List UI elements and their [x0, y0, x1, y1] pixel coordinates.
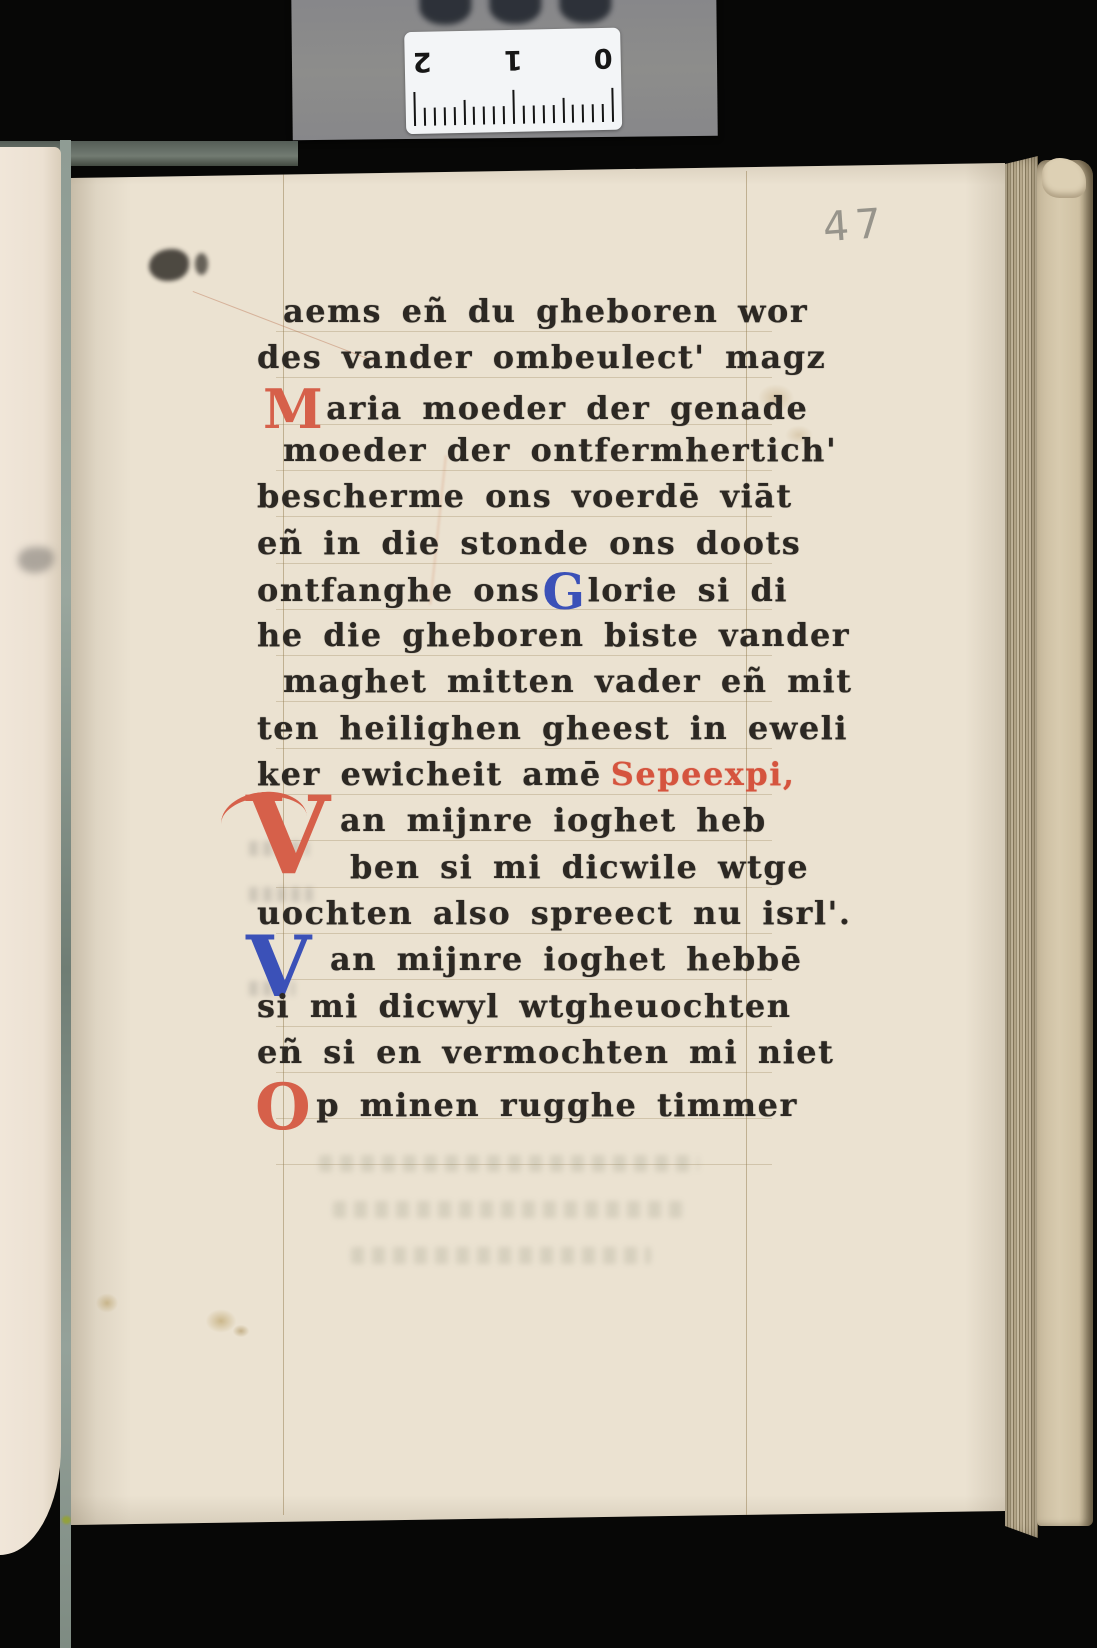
- manuscript-line: he die gheboren biste vander: [257, 613, 850, 659]
- ruler-tick: [582, 104, 584, 122]
- ruler-tick: [503, 106, 505, 124]
- ruler-tick: [483, 107, 485, 125]
- manuscript-line: ben si mi dicwile wtge: [350, 845, 809, 891]
- ruler-tick: [493, 106, 495, 124]
- manuscript-text: uochten also spreect nu isrl'.: [257, 894, 851, 932]
- manuscript-text: bescherme ons voerdē viāt: [257, 477, 793, 515]
- manuscript-text: he die gheboren biste vander: [257, 616, 850, 654]
- ruler-label-2: 2: [412, 46, 431, 77]
- illuminated-initial-o: O: [255, 1070, 312, 1145]
- manuscript-line: Van mijnre ioghet heb: [340, 798, 767, 844]
- parchment-cover-edge: [1037, 160, 1093, 1526]
- ruler-tick: [542, 105, 544, 123]
- manuscript-text: ontfanghe ons: [257, 571, 540, 609]
- ruler-tick: [443, 107, 445, 125]
- manuscript-line: ontfanghe onsGlorie si di: [257, 567, 788, 613]
- manuscript-line: Maria moeder der genade: [283, 382, 808, 428]
- manuscript-page: 47 aems eñ du gheboren wordes vander omb…: [71, 163, 1005, 1525]
- manuscript-line: des vander ombeulect' magz: [257, 335, 826, 381]
- manuscript-text: si mi dicwyl wtgheuochten: [257, 987, 792, 1025]
- manuscript-text: p minen rugghe timmer: [316, 1086, 798, 1124]
- ruler-tick: [592, 104, 594, 122]
- manuscript-text: eñ si en vermochten mi niet: [257, 1033, 834, 1071]
- manuscript-line: eñ in die stonde ons doots: [257, 521, 801, 567]
- ruler-tick: [572, 105, 574, 123]
- manuscript-line: aems eñ du gheboren wor: [283, 289, 808, 335]
- manuscript-text: an mijnre ioghet hebbē: [330, 940, 803, 978]
- ink-smudge: [149, 249, 189, 281]
- manuscript-text: moeder der ontfermhertich': [283, 431, 837, 469]
- manuscript-text: des vander ombeulect' magz: [257, 338, 826, 376]
- ruler-tick: [473, 107, 475, 125]
- manuscript-text: aems eñ du gheboren wor: [283, 292, 808, 330]
- manuscript-text: lorie si di: [588, 571, 788, 609]
- facing-page-edge: [0, 147, 61, 1555]
- color-calibration-card: 2 1 0: [291, 0, 718, 140]
- ruler-tick: [552, 105, 554, 123]
- debris-speck: [62, 1516, 71, 1524]
- ruler-tick: [602, 104, 604, 122]
- manuscript-line: si mi dicwyl wtgheuochten: [257, 984, 792, 1030]
- manuscript-line: Van mijnre ioghet hebbē: [330, 937, 803, 983]
- manuscript-text: ten heilighen gheest in eweli: [257, 709, 848, 747]
- ruler-ticks: [405, 84, 622, 127]
- rubric-text: Sepeexpi,: [611, 755, 796, 793]
- illuminated-initial-v: V: [246, 782, 331, 890]
- manuscript-line: ten heilighen gheest in eweli: [257, 706, 848, 752]
- manuscript-line: Op minen rugghe timmer: [257, 1076, 798, 1122]
- glass-edge-left: [60, 140, 71, 1648]
- manuscript-line: bescherme ons voerdē viāt: [257, 474, 793, 520]
- facing-page-smudge: [18, 547, 54, 573]
- ruler-tick: [453, 107, 455, 125]
- ruler-tick: [424, 108, 426, 126]
- ruler-tick: [532, 105, 534, 123]
- manuscript-line: maghet mitten vader eñ mit: [283, 659, 852, 705]
- folio-number: 47: [821, 199, 888, 251]
- manuscript-photo: 2 1 0 47 aems eñ du gheboren wordes vand…: [0, 0, 1097, 1648]
- ruler-label-0: 0: [594, 42, 613, 73]
- manuscript-text: eñ in die stonde ons doots: [257, 524, 801, 562]
- card-marking: [559, 0, 611, 23]
- ruler-tick: [512, 90, 515, 124]
- ruler-tick: [562, 98, 565, 123]
- manuscript-text: aria moeder der genade: [326, 389, 808, 427]
- illuminated-initial-g: G: [542, 562, 586, 621]
- ruler-labels: 2 1 0: [404, 42, 621, 78]
- ink-smudge: [195, 253, 208, 275]
- manuscript-line: moeder der ontfermhertich': [283, 428, 837, 474]
- text-block: aems eñ du gheboren wordes vander ombeul…: [283, 163, 803, 1263]
- cm-ruler-sticker: 2 1 0: [404, 28, 622, 135]
- ruler-tick: [434, 108, 436, 126]
- manuscript-line: ker ewicheit amēSepeexpi,: [257, 752, 796, 798]
- ruler-tick: [463, 100, 466, 125]
- manuscript-line: uochten also spreect nu isrl'.: [257, 891, 851, 937]
- ruler-tick: [413, 92, 416, 126]
- ruler-tick: [523, 106, 525, 124]
- ruler-label-1: 1: [503, 44, 522, 75]
- card-marking: [419, 0, 471, 25]
- manuscript-text: ben si mi dicwile wtge: [350, 848, 809, 886]
- manuscript-line: eñ si en vermochten mi niet: [257, 1030, 834, 1076]
- ruler-tick: [611, 88, 614, 122]
- manuscript-text: maghet mitten vader eñ mit: [283, 662, 852, 700]
- card-marking: [489, 0, 541, 24]
- fore-edge-page-stack: [1005, 156, 1038, 1538]
- manuscript-text: an mijnre ioghet heb: [340, 801, 767, 839]
